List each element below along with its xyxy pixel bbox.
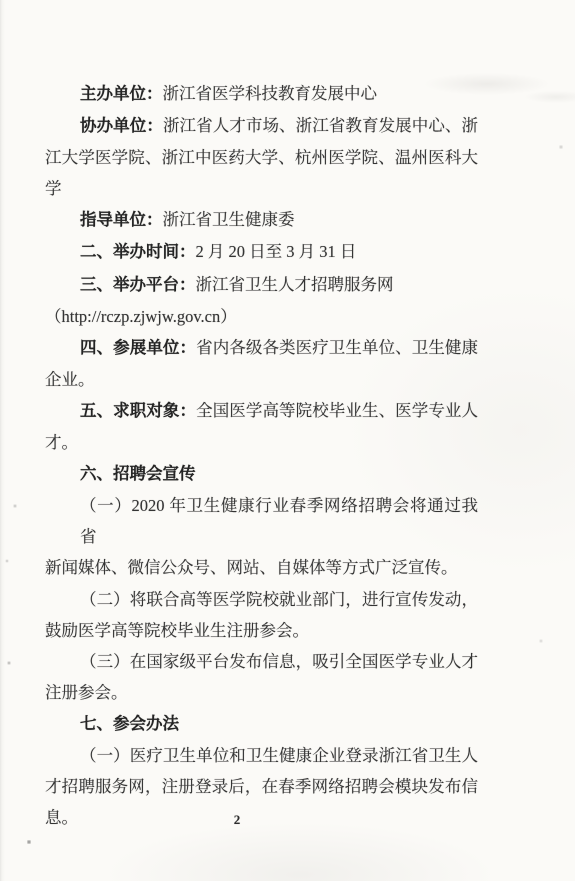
line-label: 五、求职对象： [80,402,196,420]
text-line: 注册参会。 [45,677,478,708]
page-number: 2 [222,812,252,828]
text-line: 七、参会办法 [45,708,478,740]
line-label: 七、参会办法 [80,715,179,733]
line-label: 三、举办平台： [80,276,196,294]
line-text: （一）医疗卫生单位和卫生健康企业登录浙江省卫生人 [80,746,478,765]
text-line: （三）在国家级平台发布信息，吸引全国医学专业人才 [45,646,478,677]
line-text: 省内各级各类医疗卫生单位、卫生健康 [196,338,478,357]
text-line: 主办单位：浙江省医学科技教育发展中心 [45,78,478,110]
text-line: 新闻媒体、微信公众号、网站、自媒体等方式广泛宣传。 [45,552,478,583]
text-line: 指导单位：浙江省卫生健康委 [45,204,478,236]
line-text: 浙江省卫生健康委 [163,210,295,229]
document-text-block: 主办单位：浙江省医学科技教育发展中心协办单位：浙江省人才市场、浙江省教育发展中心… [45,78,478,833]
line-label: 协办单位： [80,117,163,135]
text-line: 江大学医学院、浙江中医药大学、杭州医学院、温州医科大 [45,142,478,173]
line-label: 二、举办时间： [80,243,196,261]
line-text: 浙江省卫生人才招聘服务网 [196,275,394,294]
text-line: 协办单位：浙江省人才市场、浙江省教育发展中心、浙 [45,110,478,142]
line-text: （二）将联合高等医学院校就业部门，进行宣传发动， [80,590,478,609]
text-line: （http://rczp.zjwjw.gov.cn） [45,301,478,332]
text-line: 企业。 [45,364,478,395]
line-text: 2 月 20 日至 3 月 31 日 [196,242,357,261]
line-text: 注册参会。 [45,683,128,702]
text-line: 息。 [45,802,478,833]
scanned-document-page: 主办单位：浙江省医学科技教育发展中心协办单位：浙江省人才市场、浙江省教育发展中心… [0,0,575,881]
line-text: （http://rczp.zjwjw.gov.cn） [45,307,237,326]
line-text: 浙江省人才市场、浙江省教育发展中心、浙 [163,116,478,135]
text-line: 鼓励医学高等院校毕业生注册参会。 [45,615,478,646]
line-text: 息。 [45,808,78,827]
line-text: 才。 [45,433,78,452]
line-text: 企业。 [45,370,95,389]
line-label: 四、参展单位： [80,339,196,357]
text-line: 学 [45,173,478,204]
text-line: 二、举办时间：2 月 20 日至 3 月 31 日 [45,236,478,268]
line-text: 学 [45,179,62,198]
text-line: 三、举办平台：浙江省卫生人才招聘服务网 [45,269,478,301]
line-text: 才招聘服务网，注册登录后，在春季网络招聘会模块发布信 [45,777,478,796]
text-line: 六、招聘会宣传 [45,458,478,490]
line-text: 鼓励医学高等院校毕业生注册参会。 [45,621,309,640]
scan-noise-specks [0,0,2,2]
text-line: 四、参展单位：省内各级各类医疗卫生单位、卫生健康 [45,332,478,364]
line-label: 主办单位： [80,85,163,103]
line-text: （三）在国家级平台发布信息，吸引全国医学专业人才 [80,652,478,671]
text-line: （一）2020 年卫生健康行业春季网络招聘会将通过我省 [45,490,478,552]
line-label: 六、招聘会宣传 [80,465,196,483]
line-text: 江大学医学院、浙江中医药大学、杭州医学院、温州医科大 [45,148,478,167]
line-label: 指导单位： [80,211,163,229]
line-text: 全国医学高等院校毕业生、医学专业人 [196,401,478,420]
line-text: 新闻媒体、微信公众号、网站、自媒体等方式广泛宣传。 [45,558,458,577]
line-text: （一）2020 年卫生健康行业春季网络招聘会将通过我省 [80,496,478,546]
text-line: （二）将联合高等医学院校就业部门，进行宣传发动， [45,584,478,615]
line-text: 浙江省医学科技教育发展中心 [163,84,378,103]
text-line: 五、求职对象：全国医学高等院校毕业生、医学专业人 [45,395,478,427]
text-line: （一）医疗卫生单位和卫生健康企业登录浙江省卫生人 [45,740,478,771]
text-line: 才招聘服务网，注册登录后，在春季网络招聘会模块发布信 [45,771,478,802]
text-line: 才。 [45,427,478,458]
